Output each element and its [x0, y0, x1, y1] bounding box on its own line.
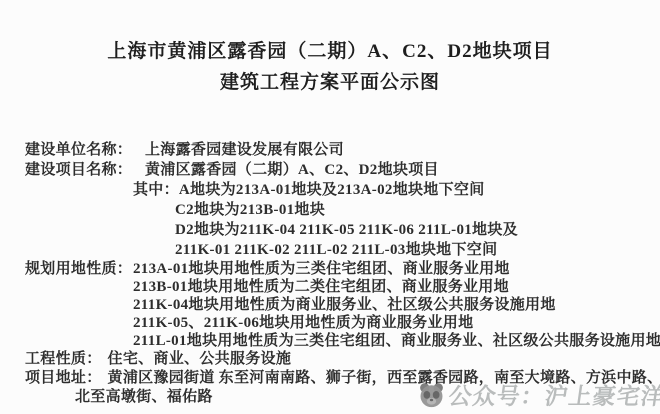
field-value: D2地块为211K-04 211K-05 211K-06 211L-01地块及 [175, 222, 518, 238]
field-value: 211K-04地块用地性质为商业服务业、社区级公共服务设施用地 [133, 297, 556, 313]
info-row-project-nature: 工程性质：住宅、商业、公共服务设施 [25, 350, 660, 369]
nature-address-section: 工程性质：住宅、商业、公共服务设施 项目地址：黄浦区豫园街道 东至河南南路、狮子… [25, 350, 660, 407]
field-value: C2地块为213B-01地块 [175, 202, 325, 218]
info-row-landuse-2: 213B-01地块用地性质为二类住宅组团、商业服务业用地 [25, 278, 660, 296]
info-row-plot-d2: D2地块为211K-04 211K-05 211K-06 211L-01地块及 [25, 220, 660, 240]
document-title: 上海市黄浦区露香园（二期）A、C2、D2地块项目 建筑工程方案平面公示图 [0, 36, 660, 98]
info-row-project-address-cont: 北至高墩街、福佑路 [25, 388, 660, 407]
title-line-2: 建筑工程方案平面公示图 [0, 67, 660, 98]
field-label: 工程性质： [25, 351, 102, 367]
field-value: 213A-01地块用地性质为三类住宅组团、商业服务业用地 [133, 261, 510, 277]
field-value: 211L-01地块用地性质为三类住宅组团、商业服务业、社区级公共服务设施用地 [133, 333, 660, 349]
info-row-plot-d2-cont: 211K-01 211K-02 211L-02 211L-03地块地下空间 [25, 240, 660, 260]
field-value: 北至高墩街、福佑路 [75, 389, 213, 405]
field-label: 建设单位名称： [25, 140, 145, 160]
project-identity-section: 建设单位名称：上海露香园建设发展有限公司 建设项目名称：黄浦区露香园（二期）A、… [25, 140, 660, 260]
field-value: 住宅、商业、公共服务设施 [108, 351, 292, 367]
public-notice-document: 上海市黄浦区露香园（二期）A、C2、D2地块项目 建筑工程方案平面公示图 建设单… [0, 0, 660, 414]
field-value: 其中：A地块为213A-01地块及213A-02地块地下空间 [133, 182, 485, 198]
info-row-landuse-4: 211K-05、211K-06地块用地性质为商业服务业用地 [25, 314, 660, 332]
field-value: 211K-05、211K-06地块用地性质为商业服务业用地 [133, 315, 473, 331]
project-info: 建设单位名称：上海露香园建设发展有限公司 建设项目名称：黄浦区露香园（二期）A、… [0, 140, 660, 407]
field-value: 213B-01地块用地性质为二类住宅组团、商业服务业用地 [133, 279, 509, 295]
field-value: 211K-01 211K-02 211L-02 211L-03地块地下空间 [175, 242, 497, 258]
land-use-section: 规划用地性质：213A-01地块用地性质为三类住宅组团、商业服务业用地 213B… [25, 260, 660, 350]
info-row-construction-unit: 建设单位名称：上海露香园建设发展有限公司 [25, 140, 660, 160]
info-row-landuse-3: 211K-04地块用地性质为商业服务业、社区级公共服务设施用地 [25, 296, 660, 314]
info-row-landuse-5: 211L-01地块用地性质为三类住宅组团、商业服务业、社区级公共服务设施用地 [25, 332, 660, 350]
info-row-project-name: 建设项目名称：黄浦区露香园（二期）A、C2、D2地块项目 [25, 160, 660, 180]
field-value: 黄浦区豫园街道 东至河南南路、狮子街，西至露香园路，南至大境路、方浜中路、昼锦路… [108, 370, 660, 386]
title-line-1: 上海市黄浦区露香园（二期）A、C2、D2地块项目 [0, 36, 660, 67]
field-label: 规划用地性质： [25, 260, 133, 278]
field-value: 黄浦区露香园（二期）A、C2、D2地块项目 [145, 162, 439, 178]
info-row-project-address: 项目地址：黄浦区豫园街道 东至河南南路、狮子街，西至露香园路，南至大境路、方浜中… [25, 369, 660, 388]
info-row-landuse-1: 规划用地性质：213A-01地块用地性质为三类住宅组团、商业服务业用地 [25, 260, 660, 278]
info-row-plot-a: 其中：A地块为213A-01地块及213A-02地块地下空间 [25, 180, 660, 200]
field-value: 上海露香园建设发展有限公司 [145, 142, 344, 158]
field-label: 建设项目名称： [25, 160, 145, 180]
field-label: 项目地址： [25, 370, 102, 386]
info-row-plot-c2: C2地块为213B-01地块 [25, 200, 660, 220]
